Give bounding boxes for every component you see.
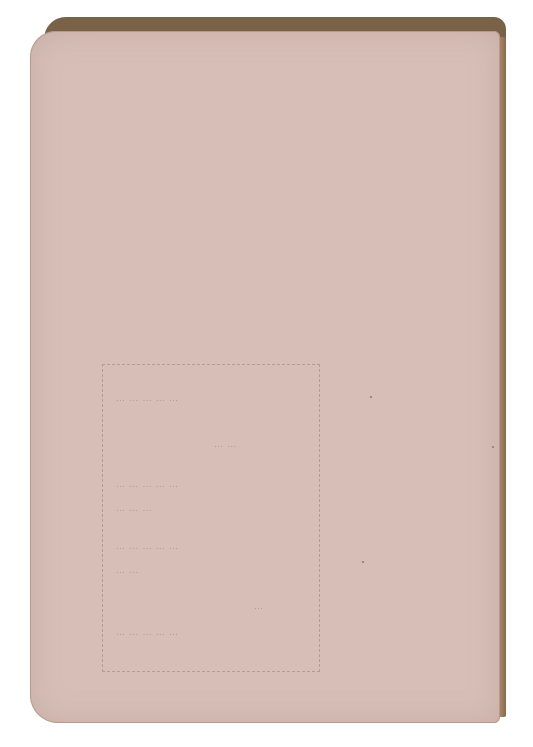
faded-text-line: … … (115, 565, 138, 575)
faded-text-line: … … … … … (115, 393, 178, 403)
back-cover: … … … … … … … … … … … … … … … … … … … … … (30, 31, 500, 723)
paper-speck (492, 446, 494, 448)
faded-text-line: … … … (115, 503, 152, 513)
faded-stamp-box: … … … … … … … … … … … … … … … … … … … … … (102, 364, 320, 672)
faded-text-line: … … (213, 439, 236, 449)
book: … … … … … … … … … … … … … … … … … … … … … (30, 17, 506, 722)
paper-speck (362, 561, 364, 563)
faded-text-line: … … … … … (115, 627, 178, 637)
faded-text-line: … (253, 601, 263, 611)
faded-text-line: … … … … … (115, 479, 178, 489)
paper-speck (370, 396, 372, 398)
faded-text-line: … … … … … (115, 541, 178, 551)
